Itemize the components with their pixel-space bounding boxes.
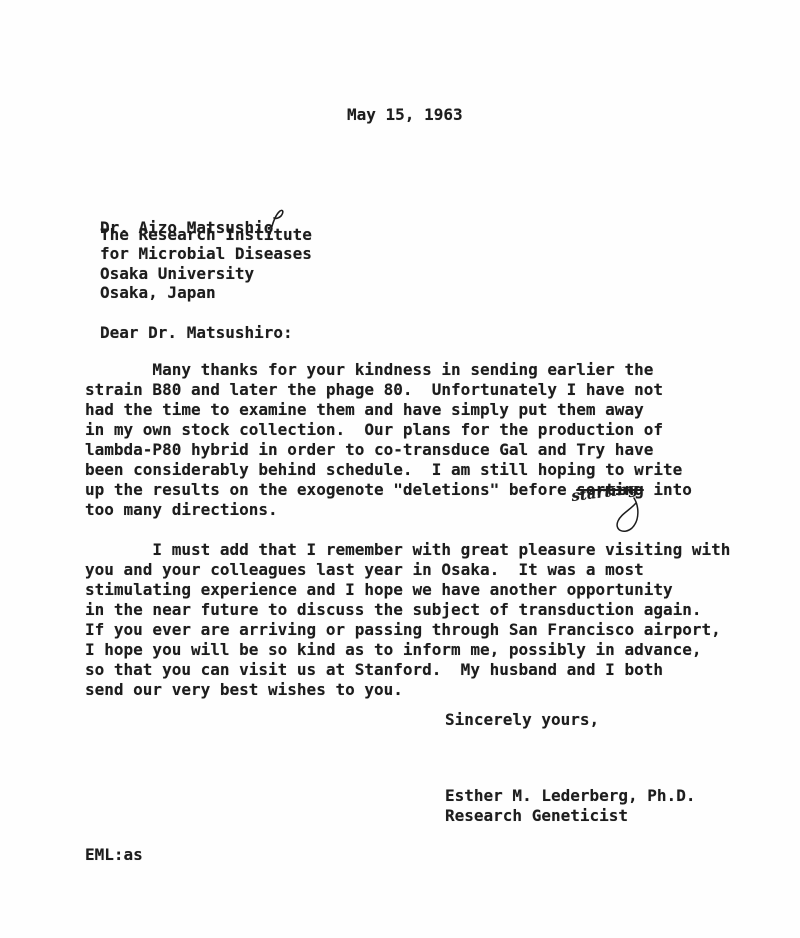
body-line: had the time to examine them and have si… <box>85 400 692 420</box>
body-line: you and your colleagues last year in Osa… <box>85 560 730 580</box>
signature-name: Esther M. Lederberg, Ph.D. <box>445 786 695 806</box>
body-line: I hope you will be so kind as to inform … <box>85 640 730 660</box>
body-line: so that you can visit us at Stanford. My… <box>85 660 730 680</box>
body-line: send our very best wishes to you. <box>85 680 730 700</box>
body-line: I must add that I remember with great pl… <box>85 540 730 560</box>
letter-document: May 15, 1963 Dr. Aizo Matsushio The Rese… <box>0 0 800 938</box>
reference-initials: EML:as <box>85 845 143 864</box>
recipient-typed-name: Dr. Aizo Matsushio <box>100 218 273 237</box>
handwritten-correction-text: starting <box>570 486 639 505</box>
paragraph-2: I must add that I remember with great pl… <box>85 540 730 700</box>
body-line: If you ever are arriving or passing thro… <box>85 620 730 640</box>
address-line: Osaka, Japan <box>100 283 312 303</box>
body-line: been considerably behind schedule. I am … <box>85 460 692 480</box>
signature-title: Research Geneticist <box>445 806 695 826</box>
letter-date: May 15, 1963 <box>347 105 463 124</box>
address-line: Osaka University <box>100 264 312 284</box>
body-line: lambda-P80 hybrid in order to co-transdu… <box>85 440 692 460</box>
recipient-address-block: Dr. Aizo Matsushio The Research Institut… <box>100 205 312 303</box>
salutation: Dear Dr. Matsushiro: <box>100 323 293 342</box>
body-line: Many thanks for your kindness in sending… <box>85 360 692 380</box>
handwritten-r-flourish-icon <box>267 221 287 240</box>
handwritten-loop-flourish <box>617 498 638 531</box>
signature-block: Esther M. Lederberg, Ph.D. Research Gene… <box>445 786 695 826</box>
body-line: strain B80 and later the phage 80. Unfor… <box>85 380 692 400</box>
body-line: in the near future to discuss the subjec… <box>85 600 730 620</box>
handwritten-correction: starting <box>570 486 680 538</box>
body-line: stimulating experience and I hope we hav… <box>85 580 730 600</box>
address-line: for Microbial Diseases <box>100 244 312 264</box>
strike-line-before: up the results on the exogenote "deletio… <box>85 480 576 499</box>
recipient-name-line: Dr. Aizo Matsushio <box>100 205 312 225</box>
closing-phrase: Sincerely yours, <box>445 710 599 729</box>
body-line: in my own stock collection. Our plans fo… <box>85 420 692 440</box>
